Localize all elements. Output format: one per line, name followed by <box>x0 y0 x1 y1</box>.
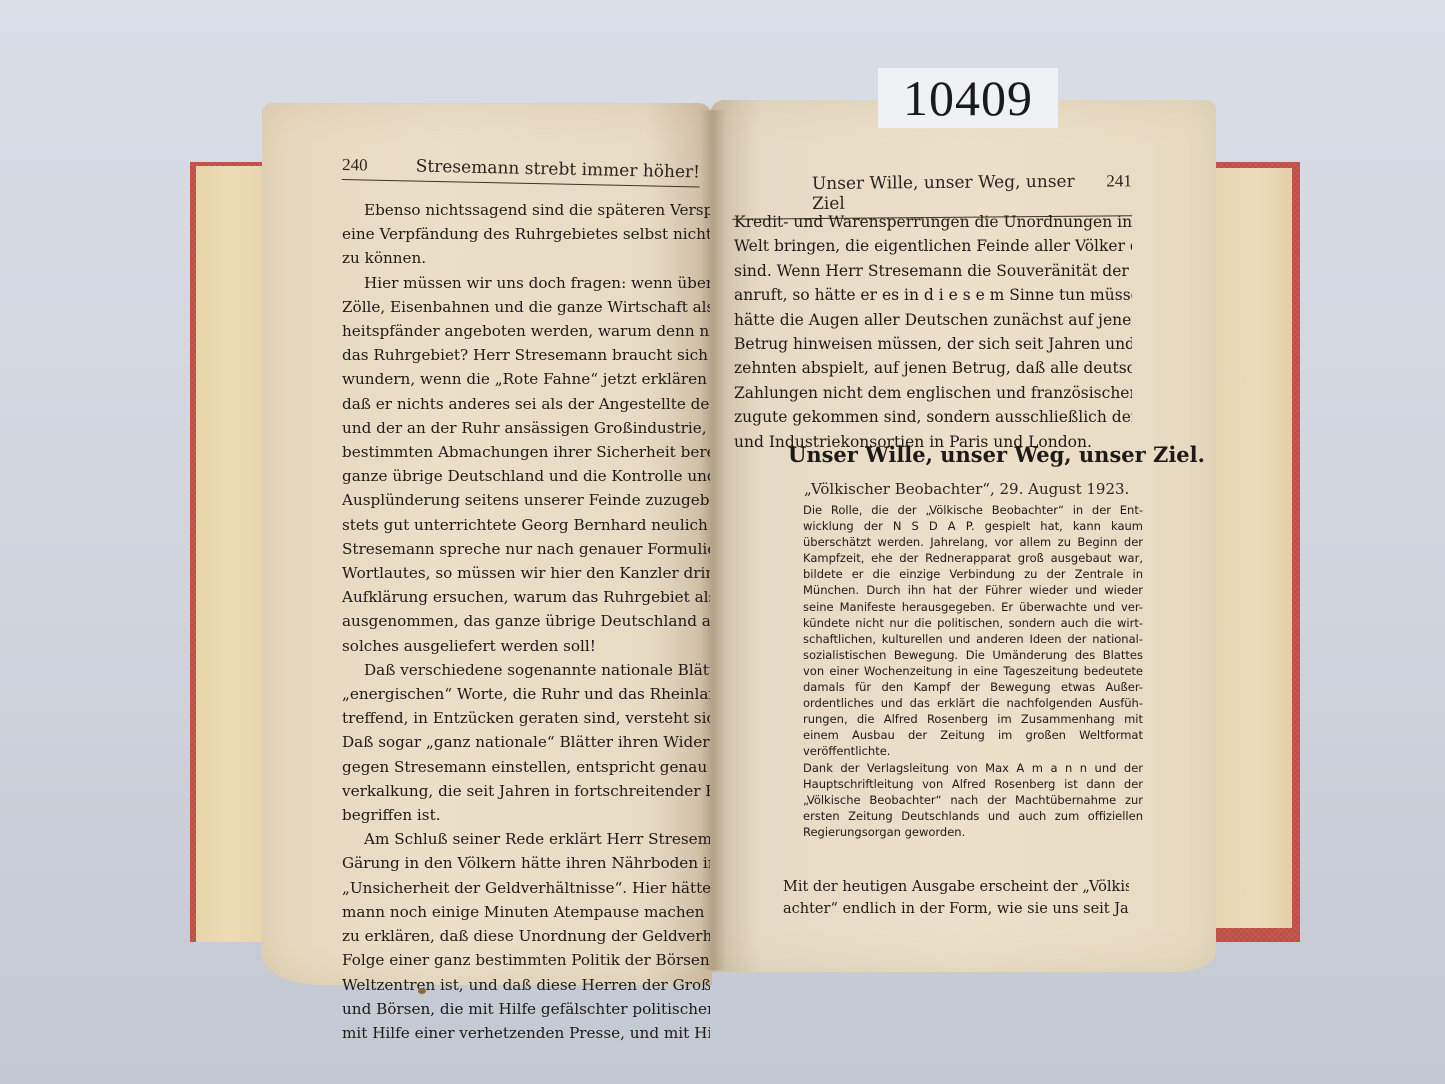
text-line: sind. Wenn Herr Stresemann die Souveräni… <box>734 259 1132 283</box>
text-line: heitspfänder angeboten werden, warum den… <box>342 319 710 343</box>
text-line: Zahlungen nicht dem englischen und franz… <box>734 381 1132 405</box>
text-line: wicklung der N S D A P. gespielt hat, ka… <box>803 518 1143 534</box>
text-line: zu können. <box>342 246 710 270</box>
text-line: ordentliches und das erklärt die nachfol… <box>803 695 1143 711</box>
text-line: Stresemann spreche nur nach genauer Form… <box>342 537 710 561</box>
text-line: schaftlichen, kulturellen und anderen Id… <box>803 631 1143 647</box>
text-line: Die Rolle, die der „Völkische Beobachter… <box>803 502 1143 518</box>
editorial-intro: Die Rolle, die der „Völkische Beobachter… <box>803 502 1143 840</box>
text-line: damals für den Kampf der Bewegung etwas … <box>803 679 1143 695</box>
source-line: „Völkischer Beobachter“, 29. August 1923… <box>804 480 1129 498</box>
text-line: „Völkische Beobachter“ nach der Machtübe… <box>803 792 1143 808</box>
page-number-right: 241 <box>1106 171 1132 191</box>
text-line: Hauptschriftleitung von Alfred Rosenberg… <box>803 776 1143 792</box>
text-line: zu erklären, daß diese Unordnung der Gel… <box>342 924 710 948</box>
text-line: einem Ausbau der Zeitung im großen Weltf… <box>803 727 1143 743</box>
text-line: ganze übrige Deutschland und die Kontrol… <box>342 464 710 488</box>
text-line: Wortlautes, so müssen wir hier den Kanzl… <box>342 561 710 585</box>
text-line: eine Verpfändung des Ruhrgebietes selbst… <box>342 222 710 246</box>
label-number: 10409 <box>903 69 1033 127</box>
text-line: Welt bringen, die eigentlichen Feinde al… <box>734 234 1132 258</box>
text-line: mann noch einige Minuten Atempause mache… <box>342 900 710 924</box>
text-line: Aufklärung ersuchen, warum das Ruhrgebie… <box>342 585 710 609</box>
text-line: „energischen“ Worte, die Ruhr und das Rh… <box>342 682 710 706</box>
text-line: mit Hilfe einer verhetzenden Presse, und… <box>342 1021 710 1045</box>
text-line: Ausplünderung seitens unserer Feinde zuz… <box>342 488 710 512</box>
text-line: zehnten abspielt, auf jenen Betrug, daß … <box>734 356 1132 380</box>
left-page-body: Ebenso nichtssagend sind die späteren Ve… <box>342 198 710 1045</box>
text-line: Hier müssen wir uns doch fragen: wenn üb… <box>342 271 710 295</box>
text-line: solches ausgeliefert werden soll! <box>342 634 710 658</box>
text-line: das Ruhrgebiet? Herr Stresemann braucht … <box>342 343 710 367</box>
text-line: Kredit- und Warensperrungen die Unordnun… <box>734 210 1132 234</box>
text-line: zugute gekommen sind, sondern ausschließ… <box>734 405 1132 429</box>
page-number-left: 240 <box>342 155 368 176</box>
text-line: rungen, die Alfred Rosenberg im Zusammen… <box>803 711 1143 727</box>
text-line: Kampfzeit, ehe der Rednerapparat groß au… <box>803 550 1143 566</box>
inventory-label: 10409 <box>878 68 1058 128</box>
text-line: achter“ endlich in der Form, wie sie uns… <box>783 898 1129 920</box>
text-line: Regierungsorgan geworden. <box>803 824 1143 840</box>
text-line: veröffentlichte. <box>803 743 1143 759</box>
text-line: daß er nichts anderes sei als der Angest… <box>342 392 710 416</box>
text-line: Zölle, Eisenbahnen und die ganze Wirtsch… <box>342 295 710 319</box>
right-page-body-top: Kredit- und Warensperrungen die Unordnun… <box>734 210 1132 454</box>
text-line: Daß sogar „ganz nationale“ Blätter ihren… <box>342 730 710 754</box>
text-line: Mit der heutigen Ausgabe erscheint der „… <box>783 876 1129 898</box>
text-line: überschätzt werden. Jahrelang, vor allem… <box>803 534 1143 550</box>
text-line: wundern, wenn die „Rote Fahne“ jetzt erk… <box>342 367 710 391</box>
page-edges-right <box>1210 168 1292 928</box>
text-line: Folge einer ganz bestimmten Politik der … <box>342 948 710 972</box>
text-line: kündete nicht nur die politischen, sonde… <box>803 615 1143 631</box>
text-line: „Unsicherheit der Geldverhältnisse“. Hie… <box>342 876 710 900</box>
text-line: und der an der Ruhr ansässigen Großindus… <box>342 416 710 440</box>
text-line: und Börsen, die mit Hilfe gefälschter po… <box>342 997 710 1021</box>
text-line: bestimmten Abmachungen ihrer Sicherheit … <box>342 440 710 464</box>
text-line: Betrug hinweisen müssen, der sich seit J… <box>734 332 1132 356</box>
text-line: Ebenso nichtssagend sind die späteren Ve… <box>342 198 710 222</box>
text-line: seine Manifeste herausgegeben. Er überwa… <box>803 599 1143 615</box>
text-line: ersten Zeitung Deutschlands und auch zum… <box>803 808 1143 824</box>
section-title: Unser Wille, unser Weg, unser Ziel. <box>788 442 1205 467</box>
text-line: Weltzentren ist, und daß diese Herren de… <box>342 973 710 997</box>
paper-stain <box>418 988 426 994</box>
text-line: bildete er die einzige Verbindung zu der… <box>803 566 1143 582</box>
text-line: Dank der Verlagsleitung von Max A m a n … <box>803 760 1143 776</box>
text-line: von einer Wochenzeitung in eine Tageszei… <box>803 663 1143 679</box>
text-line: ausgenommen, das ganze übrige Deutschlan… <box>342 609 710 633</box>
text-line: stets gut unterrichtete Georg Bernhard n… <box>342 513 710 537</box>
text-line: anruft, so hätte er es in d i e s e m Si… <box>734 283 1132 307</box>
text-line: verkalkung, die seit Jahren in fortschre… <box>342 779 710 803</box>
right-page-body-bottom: Mit der heutigen Ausgabe erscheint der „… <box>783 876 1129 920</box>
text-line: Gärung in den Völkern hätte ihren Nährbo… <box>342 851 710 875</box>
running-title-right: Unser Wille, unser Weg, unser Ziel <box>812 171 1107 214</box>
text-line: gegen Stresemann einstellen, entspricht … <box>342 755 710 779</box>
text-line: sozialistischen Bewegung. Die Umänderung… <box>803 647 1143 663</box>
text-line: Daß verschiedene sogenannte nationale Bl… <box>342 658 710 682</box>
text-line: München. Durch ihn hat der Führer wieder… <box>803 582 1143 598</box>
text-line: hätte die Augen aller Deutschen zunächst… <box>734 308 1132 332</box>
text-line: begriffen ist. <box>342 803 710 827</box>
text-line: treffend, in Entzücken geraten sind, ver… <box>342 706 710 730</box>
text-line: Am Schluß seiner Rede erklärt Herr Stres… <box>342 827 710 851</box>
